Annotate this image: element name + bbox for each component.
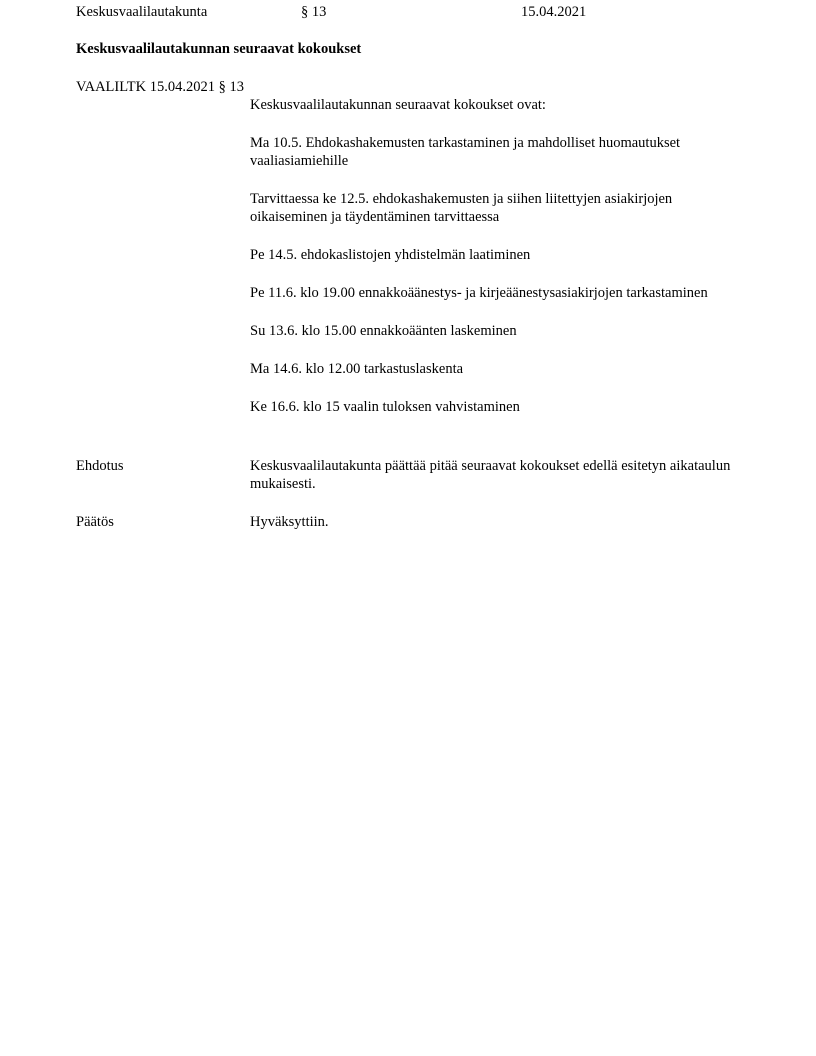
list-item: Pe 11.6. klo 19.00 ennakkoäänestys- ja k… bbox=[250, 284, 740, 302]
intro-text: Keskusvaalilautakunnan seuraavat kokouks… bbox=[250, 96, 740, 114]
list-item: Tarvittaessa ke 12.5. ehdokashakemusten … bbox=[250, 190, 740, 226]
decision-label: Päätös bbox=[76, 513, 114, 531]
list-item: Pe 14.5. ehdokaslistojen yhdistelmän laa… bbox=[250, 246, 740, 264]
list-item: Ke 16.6. klo 15 vaalin tuloksen vahvista… bbox=[250, 398, 740, 416]
proposal-label: Ehdotus bbox=[76, 457, 124, 475]
decision-text: Hyväksyttiin. bbox=[250, 513, 329, 531]
list-item: Su 13.6. klo 15.00 ennakkoäänten laskemi… bbox=[250, 322, 740, 340]
header-organ: Keskusvaalilautakunta bbox=[76, 3, 207, 21]
list-item: Ma 10.5. Ehdokashakemusten tarkastaminen… bbox=[250, 134, 740, 170]
header-date: 15.04.2021 bbox=[521, 3, 586, 21]
proposal-text-block: Keskusvaalilautakunta päättää pitää seur… bbox=[250, 457, 740, 513]
header-section: § 13 bbox=[301, 3, 326, 21]
reference-line: VAALILTK 15.04.2021 § 13 bbox=[76, 78, 244, 96]
proposal-text: Keskusvaalilautakunta päättää pitää seur… bbox=[250, 457, 740, 493]
list-item: Ma 14.6. klo 12.00 tarkastuslaskenta bbox=[250, 360, 740, 378]
document-title: Keskusvaalilautakunnan seuraavat kokouks… bbox=[76, 40, 361, 58]
meeting-list: Keskusvaalilautakunnan seuraavat kokouks… bbox=[250, 96, 740, 436]
